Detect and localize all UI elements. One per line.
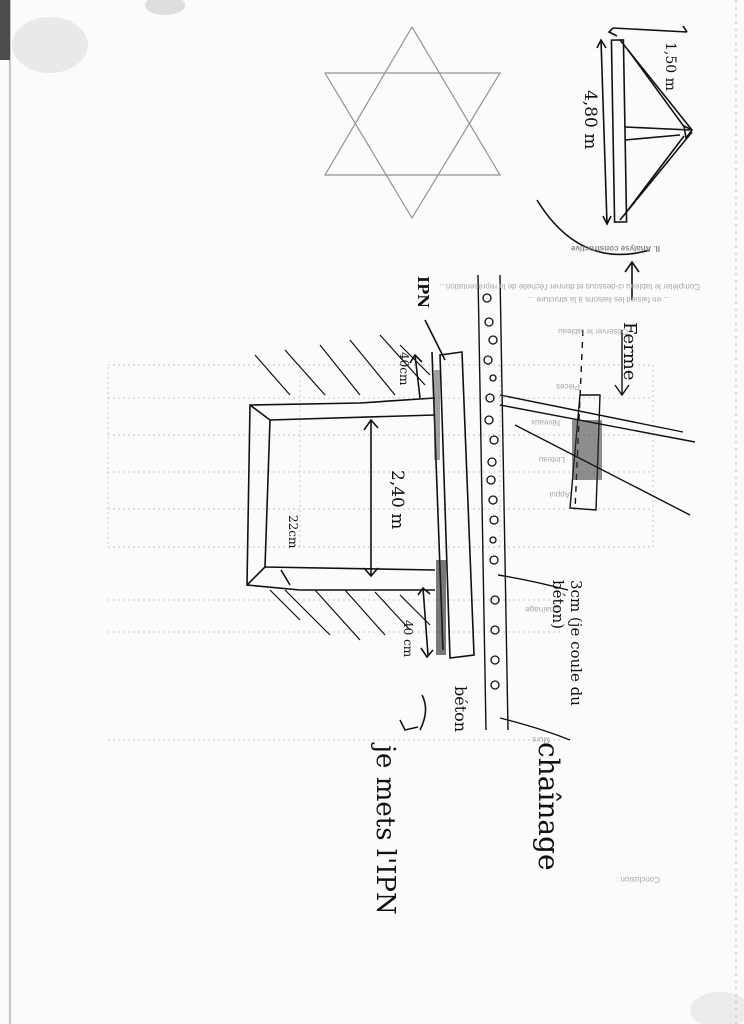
ipn-note-label: je mets l'IPN <box>370 745 400 915</box>
ipn-support-top-label: 40cm <box>397 352 411 385</box>
printed-intro-1: Compléter le tableau ci-dessous et donne… <box>110 282 700 291</box>
concrete-note-label: 3cm (je coule du béton) <box>549 580 585 730</box>
printed-bottom-prompt: Conclusion : <box>600 875 660 884</box>
beton-label: béton <box>451 686 470 732</box>
star-drawing <box>325 27 500 218</box>
scanned-page: II. Analyse constructive Compléter le ta… <box>0 0 744 1024</box>
ipn-support-bottom-label: 40 cm <box>401 620 415 657</box>
frame-width-label: 22cm <box>286 515 300 548</box>
printed-table-row: Linteau <box>525 455 565 464</box>
scan-edge <box>0 0 10 60</box>
printed-section-heading: II. Analyse constructive <box>520 244 660 253</box>
printed-table-row: Appui <box>530 490 570 499</box>
lintel-beam <box>425 320 474 658</box>
truss-width-label: 1,50 m <box>662 42 678 91</box>
chainage-label: chaînage <box>532 742 565 871</box>
printed-table-prompt: Observer le tableau <box>548 327 628 336</box>
ipn-label: IPN <box>414 276 432 308</box>
truss-length-label: 4,80 m <box>580 90 600 149</box>
ferme-label: Ferme <box>619 322 640 380</box>
printed-intro-2: ... en faisant les liaisons à la structu… <box>110 295 670 304</box>
opening-frame <box>247 355 435 730</box>
opening-height-label: 2,40 m <box>387 470 407 529</box>
printed-table-row: Pièces <box>540 382 580 391</box>
scan-smudge <box>12 17 88 73</box>
printed-table-row: Niveaux <box>520 418 560 427</box>
